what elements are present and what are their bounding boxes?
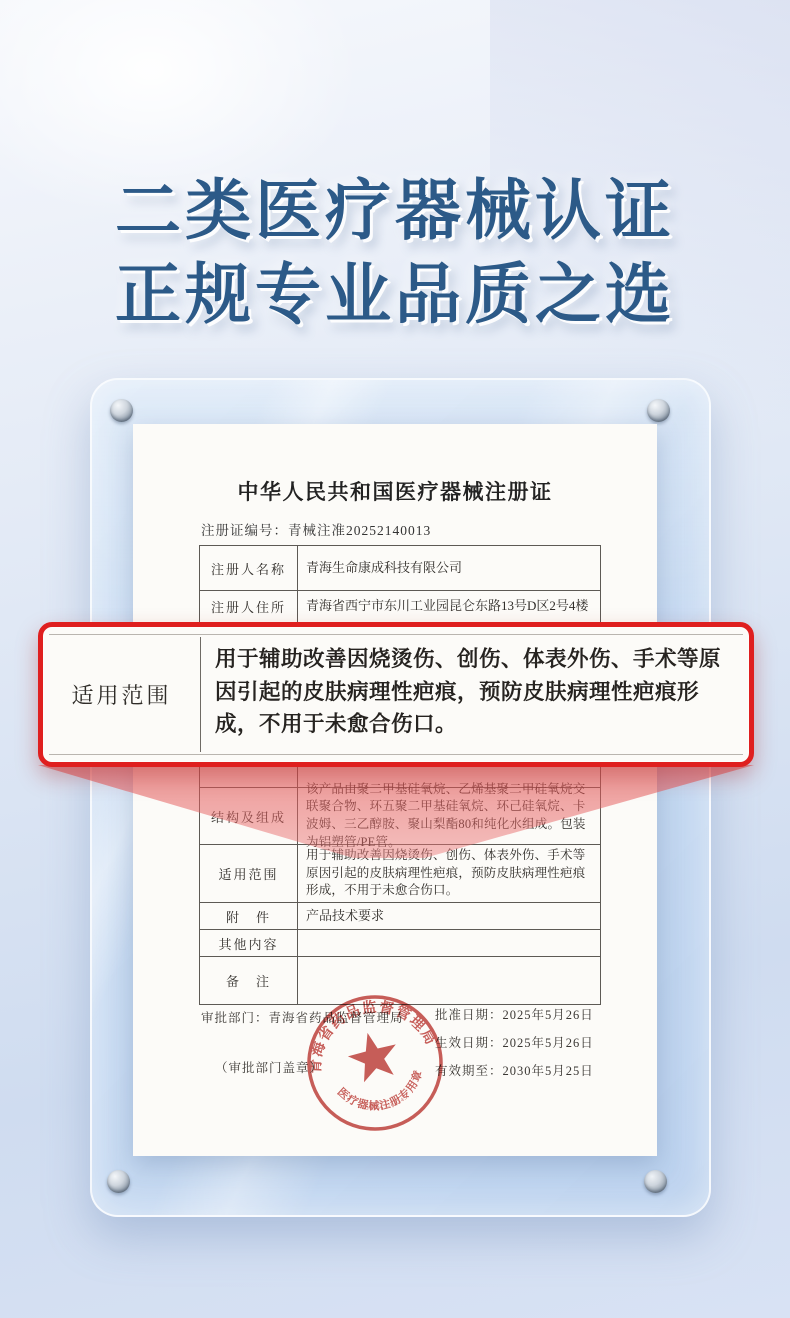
page-title-line1: 二类医疗器械认证 [0,168,790,252]
screw-icon [647,399,670,422]
row-label: 备 注 [200,957,298,1004]
promo-page: 二类医疗器械认证 正规专业品质之选 中华人民共和国医疗器械注册证 注册证编号：青… [0,0,790,1318]
approval-date: 批准日期：2025年5月26日 [435,1005,594,1023]
table-row: 其他内容 [200,929,600,956]
screw-icon [644,1170,667,1193]
row-value: 青海省西宁市东川工业园昆仑东路13号D区2号4楼 [298,591,600,622]
callout-text: 用于辅助改善因烧烫伤、创伤、体表外伤、手术等原因引起的皮肤病理性疤痕，预防皮肤病… [201,627,749,762]
table-row: 附 件 产品技术要求 [200,902,600,929]
row-label: 适用范围 [200,845,298,902]
table-row: 注册人名称 青海生命康成科技有限公司 [200,546,600,590]
registration-number-value: 青械注准20252140013 [288,523,431,538]
callout-label: 适用范围 [43,627,200,762]
page-title-line2: 正规专业品质之选 [0,252,790,336]
row-value: 产品技术要求 [298,903,600,929]
expiry-date: 有效期至：2030年5月25日 [435,1061,594,1079]
row-label: 注册人名称 [200,546,298,590]
scope-callout: 适用范围 用于辅助改善因烧烫伤、创伤、体表外伤、手术等原因引起的皮肤病理性疤痕，… [38,622,754,767]
effective-date: 生效日期：2025年5月26日 [435,1033,594,1051]
row-value [298,930,600,956]
table-row: 注册人住所 青海省西宁市东川工业园昆仑东路13号D区2号4楼 [200,590,600,622]
certificate-dates: 批准日期：2025年5月26日 生效日期：2025年5月26日 有效期至：203… [435,1005,594,1089]
row-label: 附 件 [200,903,298,929]
approval-department-label: 审批部门： [201,1011,269,1025]
row-label: 注册人住所 [200,591,298,622]
registration-number-label: 注册证编号： [201,523,288,538]
row-label: 其他内容 [200,930,298,956]
row-value: 青海生命康成科技有限公司 [298,546,600,590]
seal-star-icon [344,1027,403,1085]
screw-icon [110,399,133,422]
certificate-heading: 中华人民共和国医疗器械注册证 [133,476,657,506]
registration-number: 注册证编号：青械注准20252140013 [201,519,431,539]
page-title: 二类医疗器械认证 正规专业品质之选 [0,168,790,336]
screw-icon [107,1170,130,1193]
